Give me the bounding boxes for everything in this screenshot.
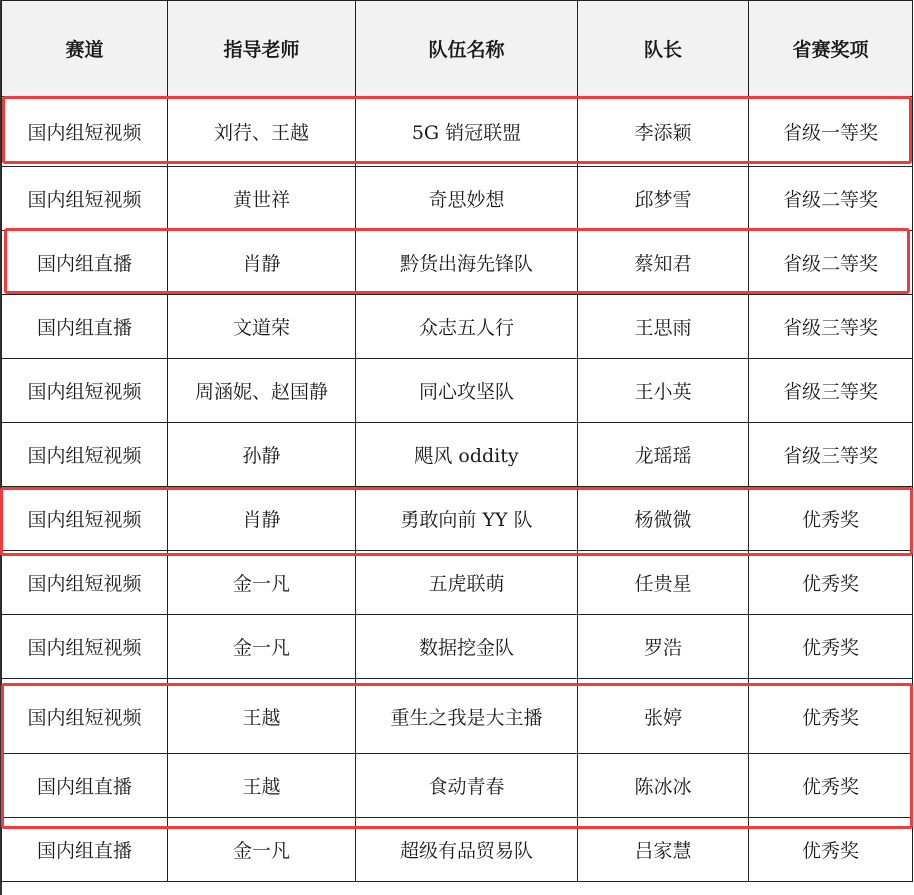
table-row: 国内组短视频 肖静 勇敢向前 YY 队 杨微微 优秀奖 <box>2 487 913 551</box>
cell-advisor: 孙静 <box>168 423 356 487</box>
cell-award: 优秀奖 <box>749 818 913 882</box>
cell-track: 国内组短视频 <box>2 359 168 423</box>
table-row: 国内组短视频 刘荇、王越 5G 销冠联盟 李添颖 省级一等奖 <box>2 97 913 167</box>
cell-award: 优秀奖 <box>749 615 913 679</box>
cell-team-name: 数据挖金队 <box>356 615 578 679</box>
cell-captain: 任贵星 <box>578 551 749 615</box>
cell-captain: 陈冰冰 <box>578 754 749 818</box>
header-advisor: 指导老师 <box>168 1 356 97</box>
cell-team-name: 5G 销冠联盟 <box>356 97 578 167</box>
cell-award: 优秀奖 <box>749 487 913 551</box>
cell-award: 省级三等奖 <box>749 423 913 487</box>
cell-team-name: 奇思妙想 <box>356 167 578 231</box>
table-row: 国内组短视频 金一凡 五虎联萌 任贵星 优秀奖 <box>2 551 913 615</box>
cell-advisor: 刘荇、王越 <box>168 97 356 167</box>
cell-track: 国内组短视频 <box>2 97 168 167</box>
cell-award: 优秀奖 <box>749 551 913 615</box>
cell-advisor: 金一凡 <box>168 615 356 679</box>
header-captain: 队长 <box>578 1 749 97</box>
table-row: 国内组短视频 王越 重生之我是大主播 张婷 优秀奖 <box>2 679 913 754</box>
cell-track: 国内组短视频 <box>2 615 168 679</box>
cell-advisor: 王越 <box>168 754 356 818</box>
cell-captain: 杨微微 <box>578 487 749 551</box>
cell-track: 国内组短视频 <box>2 423 168 487</box>
cell-team-name: 黔货出海先锋队 <box>356 231 578 295</box>
cell-captain: 李添颖 <box>578 97 749 167</box>
cell-advisor: 肖静 <box>168 231 356 295</box>
cell-captain: 邱梦雪 <box>578 167 749 231</box>
cell-captain: 张婷 <box>578 679 749 754</box>
cell-captain: 王小英 <box>578 359 749 423</box>
header-track: 赛道 <box>2 1 168 97</box>
table-row: 国内组短视频 周涵妮、赵国静 同心攻坚队 王小英 省级三等奖 <box>2 359 913 423</box>
cell-team-name: 食动青春 <box>356 754 578 818</box>
header-team-name: 队伍名称 <box>356 1 578 97</box>
cell-captain: 吕家慧 <box>578 818 749 882</box>
table-row: 国内组直播 王越 食动青春 陈冰冰 优秀奖 <box>2 754 913 818</box>
cell-award: 优秀奖 <box>749 754 913 818</box>
table-row: 国内组短视频 黄世祥 奇思妙想 邱梦雪 省级二等奖 <box>2 167 913 231</box>
cell-track: 国内组直播 <box>2 231 168 295</box>
cell-team-name: 众志五人行 <box>356 295 578 359</box>
cell-track: 国内组直播 <box>2 295 168 359</box>
cell-advisor: 黄世祥 <box>168 167 356 231</box>
cell-advisor: 肖静 <box>168 487 356 551</box>
cell-advisor: 周涵妮、赵国静 <box>168 359 356 423</box>
cell-team-name: 重生之我是大主播 <box>356 679 578 754</box>
cell-track: 国内组直播 <box>2 754 168 818</box>
table-row: 国内组直播 肖静 黔货出海先锋队 蔡知君 省级二等奖 <box>2 231 913 295</box>
cell-track: 国内组短视频 <box>2 487 168 551</box>
table-row: 国内组直播 金一凡 超级有品贸易队 吕家慧 优秀奖 <box>2 818 913 882</box>
cell-track: 国内组短视频 <box>2 551 168 615</box>
cell-advisor: 王越 <box>168 679 356 754</box>
cell-award: 省级二等奖 <box>749 231 913 295</box>
table-row: 国内组短视频 孙静 飓风 oddity 龙瑶瑶 省级三等奖 <box>2 423 913 487</box>
cell-team-name: 勇敢向前 YY 队 <box>356 487 578 551</box>
cell-track: 国内组直播 <box>2 818 168 882</box>
cell-advisor: 文道荣 <box>168 295 356 359</box>
award-table: 赛道 指导老师 队伍名称 队长 省赛奖项 国内组短视频 刘荇、王越 5G 销冠联… <box>1 0 913 882</box>
table-row: 国内组直播 文道荣 众志五人行 王思雨 省级三等奖 <box>2 295 913 359</box>
cell-captain: 王思雨 <box>578 295 749 359</box>
cell-captain: 龙瑶瑶 <box>578 423 749 487</box>
cell-track: 国内组短视频 <box>2 679 168 754</box>
cell-advisor: 金一凡 <box>168 818 356 882</box>
cell-award: 省级二等奖 <box>749 167 913 231</box>
cell-team-name: 超级有品贸易队 <box>356 818 578 882</box>
cell-team-name: 五虎联萌 <box>356 551 578 615</box>
cell-award: 省级三等奖 <box>749 359 913 423</box>
cell-award: 优秀奖 <box>749 679 913 754</box>
cell-award: 省级一等奖 <box>749 97 913 167</box>
cell-team-name: 同心攻坚队 <box>356 359 578 423</box>
cell-track: 国内组短视频 <box>2 167 168 231</box>
cell-award: 省级三等奖 <box>749 295 913 359</box>
header-award: 省赛奖项 <box>749 1 913 97</box>
cell-team-name: 飓风 oddity <box>356 423 578 487</box>
cell-captain: 罗浩 <box>578 615 749 679</box>
header-row: 赛道 指导老师 队伍名称 队长 省赛奖项 <box>2 1 913 97</box>
cell-advisor: 金一凡 <box>168 551 356 615</box>
cell-captain: 蔡知君 <box>578 231 749 295</box>
table-row: 国内组短视频 金一凡 数据挖金队 罗浩 优秀奖 <box>2 615 913 679</box>
